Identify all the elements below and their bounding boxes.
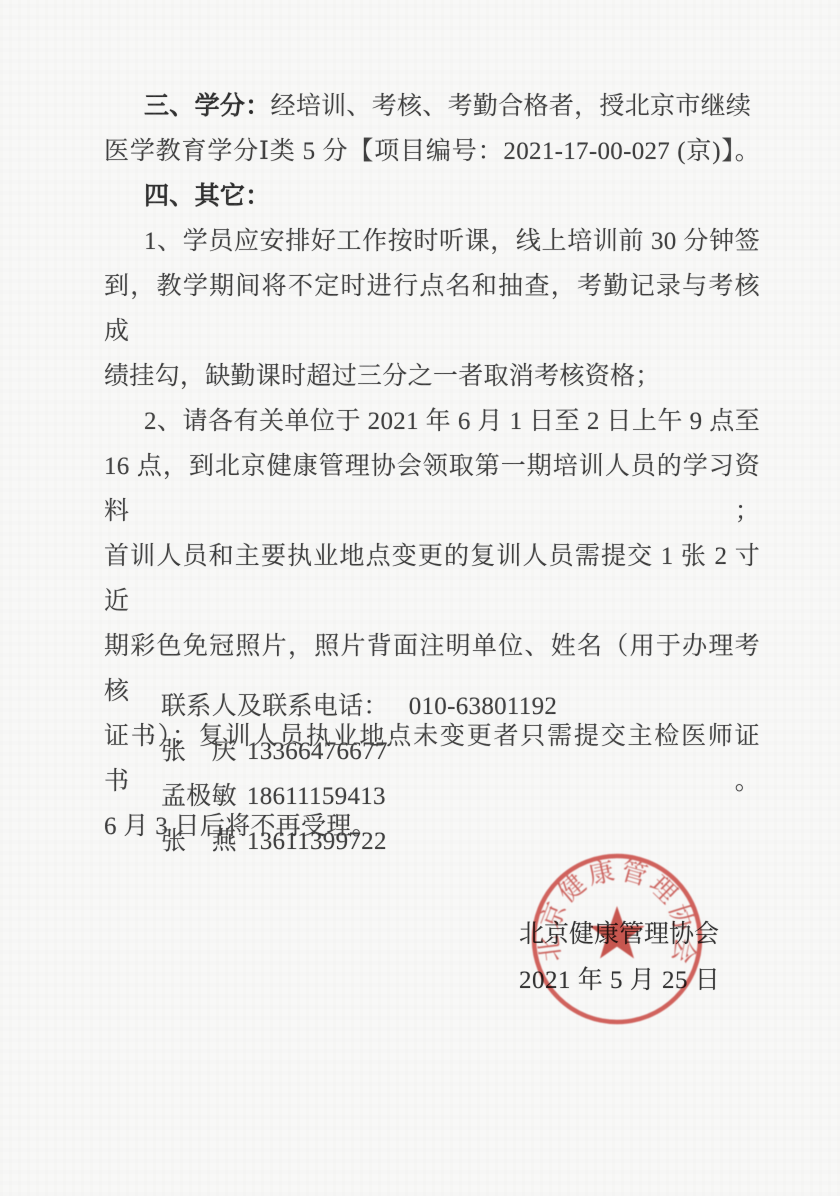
text-line: 16 点，到北京健康管理协会领取第一期培训人员的学习资料；	[104, 444, 760, 534]
star-icon	[589, 906, 644, 959]
text-line: 三、学分：经培训、考核、考勤合格者，授北京市继续	[104, 84, 760, 129]
text-line-content: 绩挂勾，缺勤课时超过三分之一者取消考核资格；	[104, 363, 661, 390]
person-phone: 13611399722	[247, 828, 387, 855]
text-line-content: 经培训、考核、考勤合格者，授北京市继续	[271, 93, 752, 120]
contact-person-row: 孟极敏18611159413	[104, 774, 760, 819]
contact-block: 联系人及联系电话：010-63801192 张 庆13366476677 孟极敏…	[104, 684, 760, 864]
contact-label: 联系人及联系电话：	[161, 693, 389, 720]
official-seal-stamp-icon: 北京健康管理协会	[517, 839, 717, 1039]
person-name: 张 庆	[161, 738, 237, 765]
text-line-content: 首训人员和主要执业地点变更的复训人员需提交 1 张 2 寸近	[104, 543, 760, 615]
text-line-content: 到，教学期间将不定时进行点名和抽查，考勤记录与考核成	[104, 273, 760, 345]
contact-person-row: 张 庆13366476677	[104, 729, 760, 774]
section-heading-other: 四、其它：	[144, 183, 271, 210]
text-line: 2、请各有关单位于 2021 年 6 月 1 日至 2 日上午 9 点至	[104, 399, 760, 444]
section-heading-credits: 三、学分：	[144, 93, 271, 120]
person-phone: 18611159413	[247, 783, 386, 810]
contact-main-phone: 010-63801192	[409, 693, 558, 720]
text-line: 医学教育学分Ⅰ类 5 分【项目编号：2021-17-00-027 (京)】。	[104, 129, 760, 174]
scanned-document-page: 三、学分：经培训、考核、考勤合格者，授北京市继续 医学教育学分Ⅰ类 5 分【项目…	[0, 0, 840, 1196]
text-line-content: 1、学员应安排好工作按时听课，线上培训前 30 分钟签	[144, 228, 760, 255]
text-line: 四、其它：	[104, 174, 760, 219]
text-line: 1、学员应安排好工作按时听课，线上培训前 30 分钟签	[104, 219, 760, 264]
text-line-content: 医学教育学分Ⅰ类 5 分【项目编号：2021-17-00-027 (京)】。	[104, 138, 760, 165]
text-line: 到，教学期间将不定时进行点名和抽查，考勤记录与考核成	[104, 264, 760, 354]
person-phone: 13366476677	[247, 738, 388, 765]
text-line: 首训人员和主要执业地点变更的复训人员需提交 1 张 2 寸近	[104, 534, 760, 624]
text-line-content: 16 点，到北京健康管理协会领取第一期培训人员的学习资料；	[104, 453, 760, 525]
text-line: 绩挂勾，缺勤课时超过三分之一者取消考核资格；	[104, 354, 760, 399]
person-name: 孟极敏	[161, 783, 237, 810]
text-line-content: 2、请各有关单位于 2021 年 6 月 1 日至 2 日上午 9 点至	[144, 408, 760, 435]
contact-header-row: 联系人及联系电话：010-63801192	[104, 684, 760, 729]
person-name: 张 燕	[161, 828, 237, 855]
